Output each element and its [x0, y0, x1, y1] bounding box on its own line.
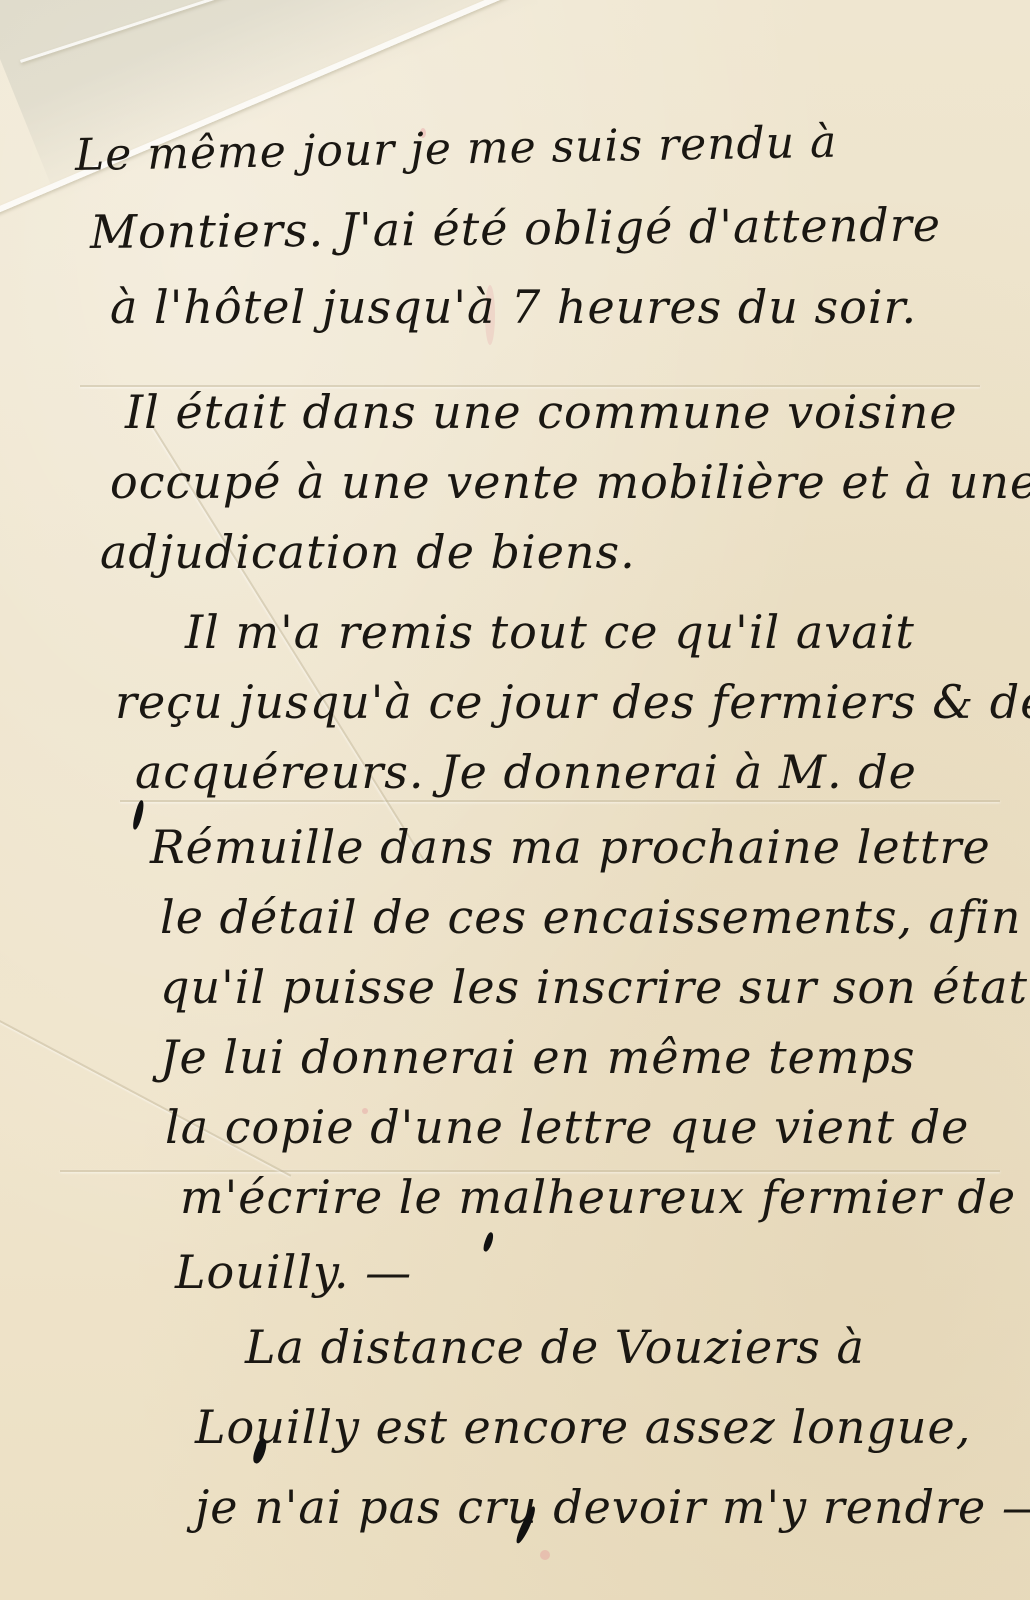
letter-line: La distance de Vouziers à	[245, 1320, 865, 1374]
letter-line: Montiers. J'ai été obligé d'attendre	[90, 198, 941, 259]
letter-line: Louilly est encore assez longue,	[195, 1400, 971, 1454]
letter-line: reçu jusqu'à ce jour des fermiers & des	[115, 675, 1030, 729]
letter-line: acquéreurs. Je donnerai à M. de	[135, 745, 917, 799]
letter-line: à l'hôtel jusqu'à 7 heures du soir.	[110, 280, 917, 334]
letter-line: qu'il puisse les inscrire sur son état.	[160, 960, 1030, 1014]
letter-line: la copie d'une lettre que vient de	[165, 1100, 969, 1154]
letter-page: Le même jour je me suis rendu à Montiers…	[0, 0, 1030, 1600]
letter-line: je n'ai pas cru devoir m'y rendre —	[195, 1480, 1030, 1534]
letter-line: m'écrire le malheureux fermier de	[180, 1170, 1016, 1224]
pink-stain	[540, 1550, 550, 1560]
ink-blot	[482, 1231, 495, 1252]
letter-line: Louilly. —	[175, 1245, 412, 1299]
letter-line: Rémuille dans ma prochaine lettre	[150, 820, 991, 874]
letter-line: Il était dans une commune voisine	[125, 385, 958, 439]
letter-line: adjudication de biens.	[100, 525, 636, 579]
ink-blot	[131, 800, 146, 831]
letter-line: Il m'a remis tout ce qu'il avait	[185, 605, 915, 659]
letter-line: occupé à une vente mobilière et à une	[110, 455, 1030, 509]
horizontal-crease	[120, 800, 1000, 802]
letter-line: Je lui donnerai en même temps	[160, 1030, 915, 1084]
letter-line: le détail de ces encaissements, afin	[160, 890, 1021, 944]
